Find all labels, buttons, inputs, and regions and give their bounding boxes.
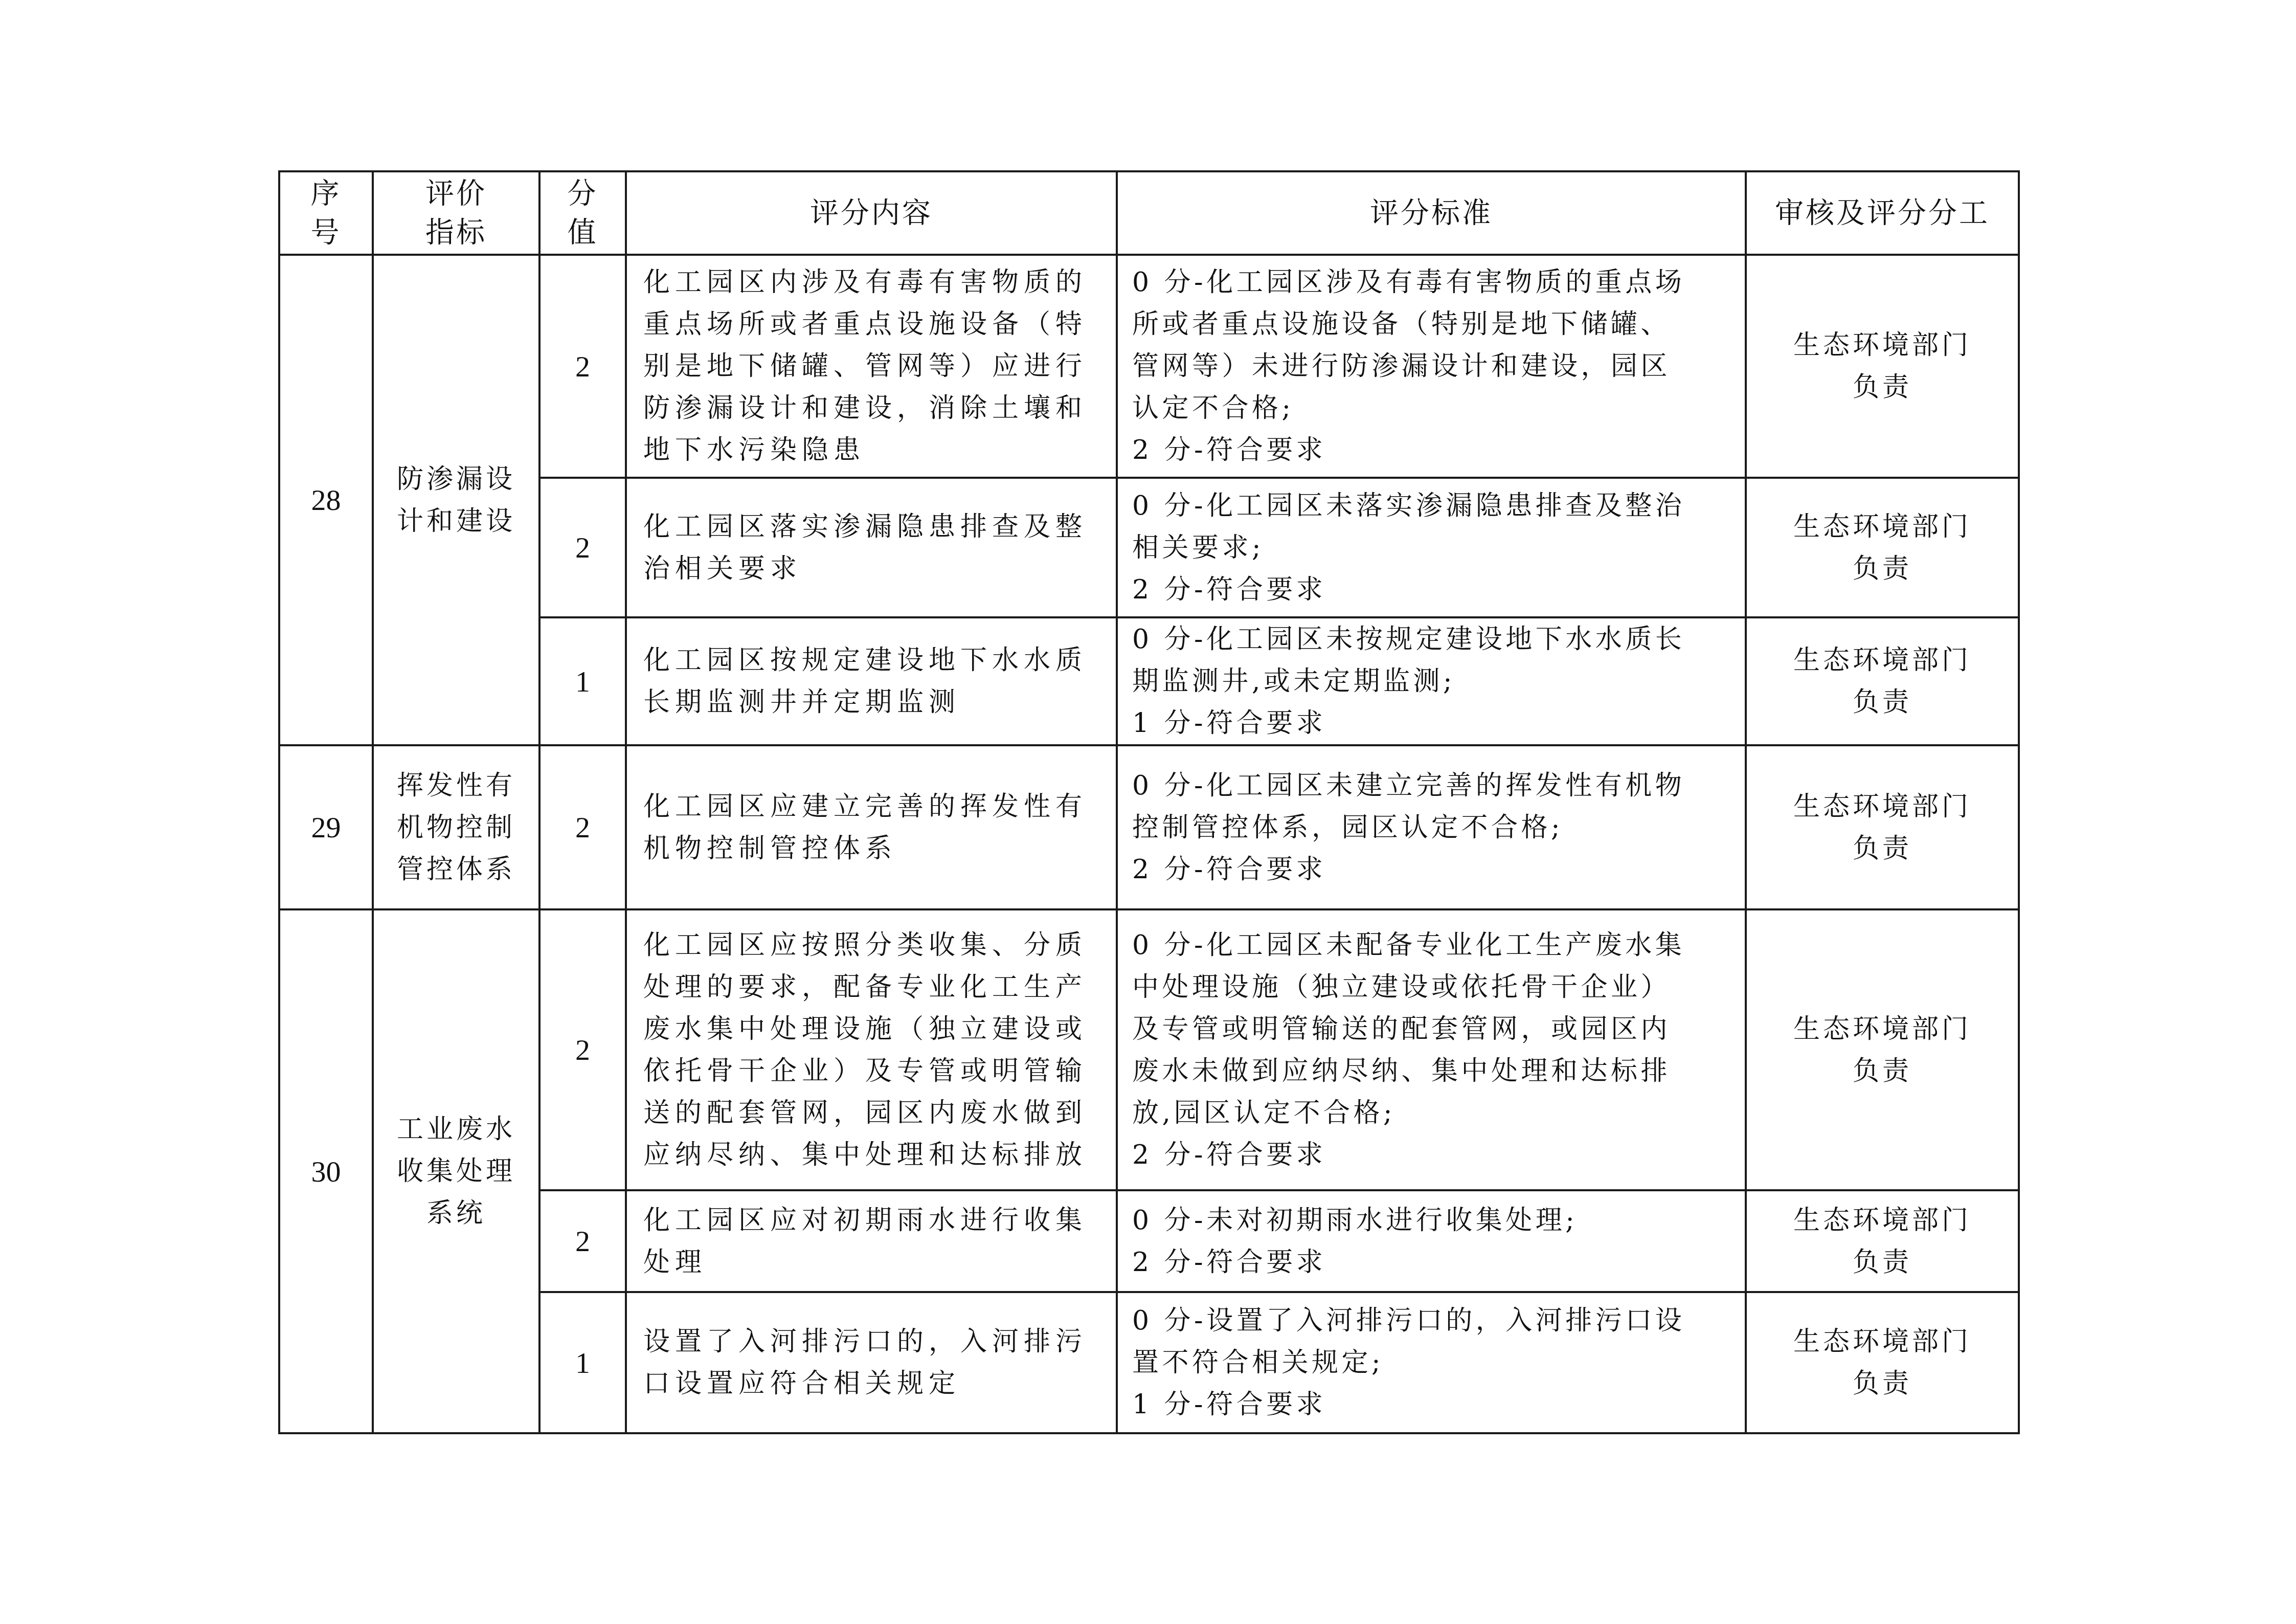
indicator-cell: 工业废水收集处理系统 (373, 909, 539, 1433)
document-page: 序 号 评价 指标 分 值 评分内容 评分标准 审核及评分分 (0, 0, 2296, 1624)
content-cell: 化工园区内涉及有毒有害物质的重点场所或者重点设施设备（特别是地下储罐、管网等）应… (626, 255, 1117, 478)
seq-number: 30 (279, 909, 373, 1433)
standard-cell: 0 分-未对初期雨水进行收集处理;2 分-符合要求 (1117, 1190, 1746, 1292)
header-responsibility: 审核及评分分工 (1746, 171, 2019, 255)
responsibility-cell: 生态环境部门负责 (1746, 1292, 2019, 1433)
indicator-cell: 挥发性有机物控制管控体系 (373, 745, 539, 909)
header-seq: 序 号 (279, 171, 373, 255)
table-row: 29挥发性有机物控制管控体系2化工园区应建立完善的挥发性有机物控制管控体系0 分… (279, 745, 2019, 909)
standard-cell: 0 分-化工园区未建立完善的挥发性有机物控制管控体系，园区认定不合格;2 分-符… (1117, 745, 1746, 909)
header-score: 分 值 (539, 171, 626, 255)
score-value: 2 (539, 255, 626, 478)
content-cell: 化工园区应建立完善的挥发性有机物控制管控体系 (626, 745, 1117, 909)
responsibility-cell: 生态环境部门负责 (1746, 617, 2019, 745)
responsibility-cell: 生态环境部门负责 (1746, 478, 2019, 617)
score-value: 2 (539, 1190, 626, 1292)
score-value: 2 (539, 478, 626, 617)
table-body: 28防渗漏设计和建设2化工园区内涉及有毒有害物质的重点场所或者重点设施设备（特别… (279, 255, 2019, 1433)
standard-cell: 0 分-化工园区涉及有毒有害物质的重点场所或者重点设施设备（特别是地下储罐、管网… (1117, 255, 1746, 478)
table-row: 1设置了入河排污口的，入河排污口设置应符合相关规定0 分-设置了入河排污口的，入… (279, 1292, 2019, 1433)
standard-cell: 0 分-化工园区未按规定建设地下水水质长期监测井,或未定期监测;1 分-符合要求 (1117, 617, 1746, 745)
score-value: 1 (539, 1292, 626, 1433)
score-value: 1 (539, 617, 626, 745)
content-cell: 化工园区按规定建设地下水水质长期监测井并定期监测 (626, 617, 1117, 745)
indicator-cell: 防渗漏设计和建设 (373, 255, 539, 745)
header-standard: 评分标准 (1117, 171, 1746, 255)
table-header-row: 序 号 评价 指标 分 值 评分内容 评分标准 审核及评分分 (279, 171, 2019, 255)
standard-cell: 0 分-化工园区未落实渗漏隐患排查及整治相关要求;2 分-符合要求 (1117, 478, 1746, 617)
score-value: 2 (539, 909, 626, 1190)
score-value: 2 (539, 745, 626, 909)
table-row: 2化工园区应对初期雨水进行收集处理0 分-未对初期雨水进行收集处理;2 分-符合… (279, 1190, 2019, 1292)
responsibility-cell: 生态环境部门负责 (1746, 255, 2019, 478)
table-row: 30工业废水收集处理系统2化工园区应按照分类收集、分质处理的要求，配备专业化工生… (279, 909, 2019, 1190)
table-row: 2化工园区落实渗漏隐患排查及整治相关要求0 分-化工园区未落实渗漏隐患排查及整治… (279, 478, 2019, 617)
content-cell: 化工园区应对初期雨水进行收集处理 (626, 1190, 1117, 1292)
scoring-table: 序 号 评价 指标 分 值 评分内容 评分标准 审核及评分分 (278, 170, 2020, 1434)
content-cell: 化工园区落实渗漏隐患排查及整治相关要求 (626, 478, 1117, 617)
content-cell: 设置了入河排污口的，入河排污口设置应符合相关规定 (626, 1292, 1117, 1433)
header-content: 评分内容 (626, 171, 1117, 255)
content-cell: 化工园区应按照分类收集、分质处理的要求，配备专业化工生产废水集中处理设施（独立建… (626, 909, 1117, 1190)
seq-number: 29 (279, 745, 373, 909)
responsibility-cell: 生态环境部门负责 (1746, 909, 2019, 1190)
responsibility-cell: 生态环境部门负责 (1746, 745, 2019, 909)
header-indicator: 评价 指标 (373, 171, 539, 255)
standard-cell: 0 分-设置了入河排污口的，入河排污口设置不符合相关规定;1 分-符合要求 (1117, 1292, 1746, 1433)
seq-number: 28 (279, 255, 373, 745)
standard-cell: 0 分-化工园区未配备专业化工生产废水集中处理设施（独立建设或依托骨干企业）及专… (1117, 909, 1746, 1190)
responsibility-cell: 生态环境部门负责 (1746, 1190, 2019, 1292)
table-row: 28防渗漏设计和建设2化工园区内涉及有毒有害物质的重点场所或者重点设施设备（特别… (279, 255, 2019, 478)
table-row: 1化工园区按规定建设地下水水质长期监测井并定期监测0 分-化工园区未按规定建设地… (279, 617, 2019, 745)
